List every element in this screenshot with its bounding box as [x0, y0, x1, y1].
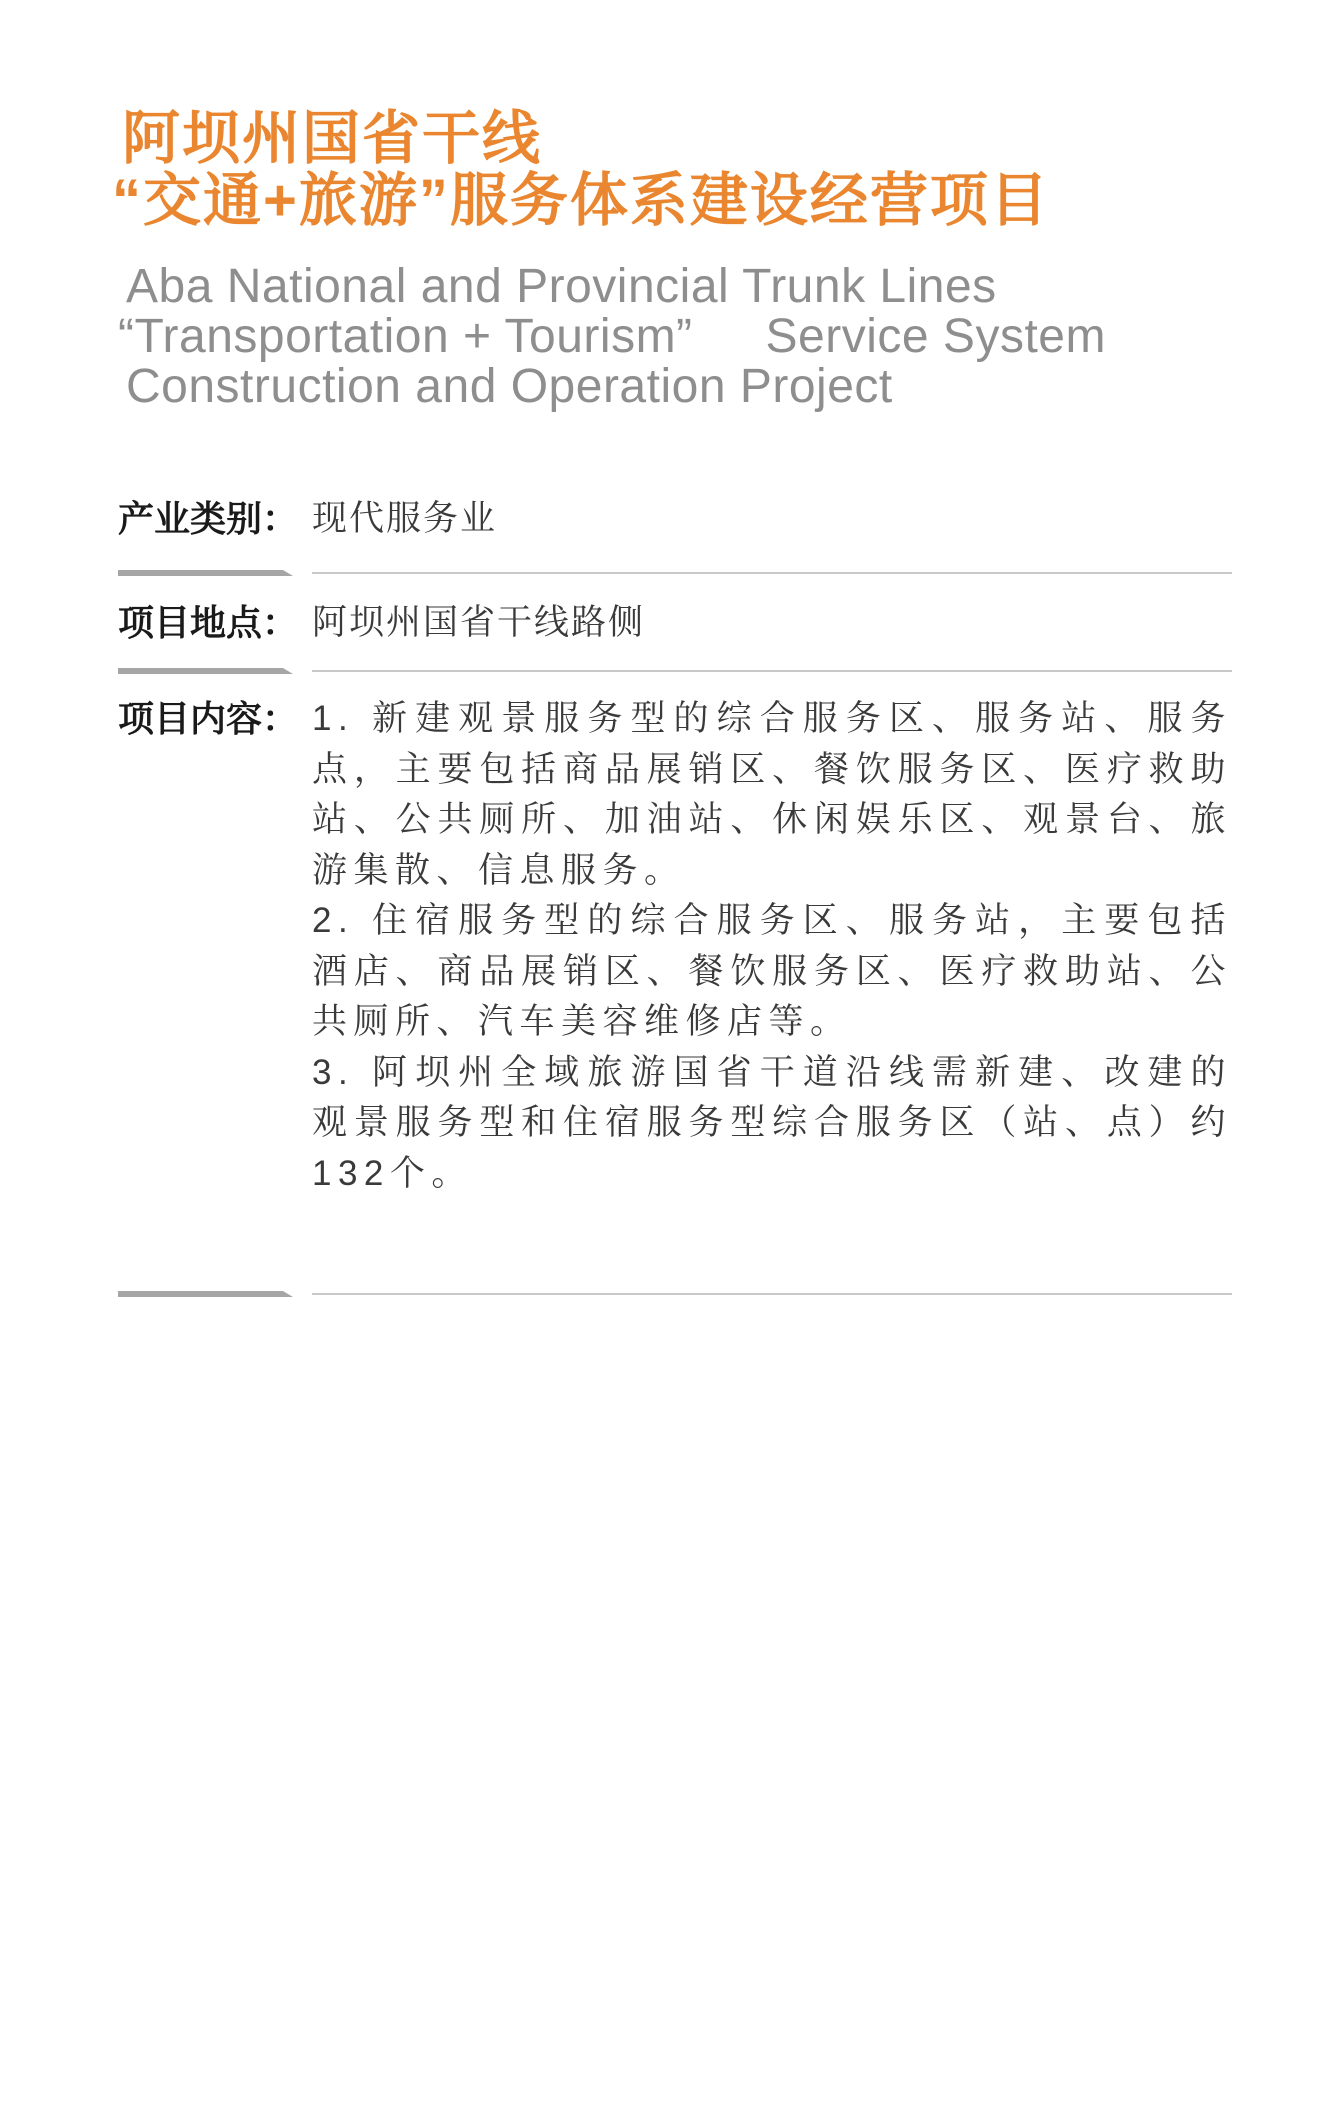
divider-thin-rule — [312, 1293, 1232, 1295]
project-title-zh-line1: 阿坝州国省干线 — [122, 108, 1337, 170]
content-value: 1. 新建观景服务型的综合服务区、服务站、服务点，主要包括商品展销区、餐饮服务区… — [312, 694, 1232, 1199]
field-row-location: 项目地点： 阿坝州国省干线路侧 — [118, 598, 1232, 648]
divider-thick-bar — [118, 1291, 293, 1297]
content-label: 项目内容： — [118, 694, 312, 744]
divider-thick-bar — [118, 668, 293, 674]
project-title-zh: 阿坝州国省干线 “交通+旅游”服务体系建设经营项目 — [122, 108, 1337, 232]
field-row-industry: 产业类别： 现代服务业 — [118, 494, 1232, 544]
industry-value: 现代服务业 — [312, 494, 1232, 544]
divider-thin-rule — [312, 670, 1232, 672]
project-title-en-line3: Construction and Operation Project — [126, 362, 1337, 412]
field-row-content: 项目内容： 1. 新建观景服务型的综合服务区、服务站、服务点，主要包括商品展销区… — [118, 694, 1232, 1199]
project-title-en-line1: Aba National and Provincial Trunk Lines — [126, 262, 1337, 312]
industry-label: 产业类别： — [118, 494, 312, 544]
project-title-en: Aba National and Provincial Trunk Lines … — [126, 262, 1337, 412]
content-paragraph-2: 2. 住宿服务型的综合服务区、服务站，主要包括酒店、商品展销区、餐饮服务区、医疗… — [312, 896, 1232, 1048]
divider-thin-rule — [312, 572, 1232, 574]
field-list: 产业类别： 现代服务业 项目地点： 阿坝州国省干线路侧 项目内容： 1. 新建观… — [118, 494, 1232, 1297]
location-label: 项目地点： — [118, 598, 312, 648]
project-title-zh-line2: “交通+旅游”服务体系建设经营项目 — [112, 170, 1337, 232]
project-title-en-line2: “Transportation + Tourism” Service Syste… — [118, 312, 1337, 362]
divider — [118, 1291, 1232, 1297]
content-paragraph-3: 3. 阿坝州全域旅游国省干道沿线需新建、改建的观景服务型和住宿服务型综合服务区（… — [312, 1048, 1232, 1200]
divider-thick-bar — [118, 570, 293, 576]
divider — [118, 570, 1232, 576]
divider — [118, 668, 1232, 674]
document-page: 阿坝州国省干线 “交通+旅游”服务体系建设经营项目 Aba National a… — [0, 0, 1337, 2104]
location-value: 阿坝州国省干线路侧 — [312, 598, 1232, 648]
content-paragraph-1: 1. 新建观景服务型的综合服务区、服务站、服务点，主要包括商品展销区、餐饮服务区… — [312, 694, 1232, 896]
